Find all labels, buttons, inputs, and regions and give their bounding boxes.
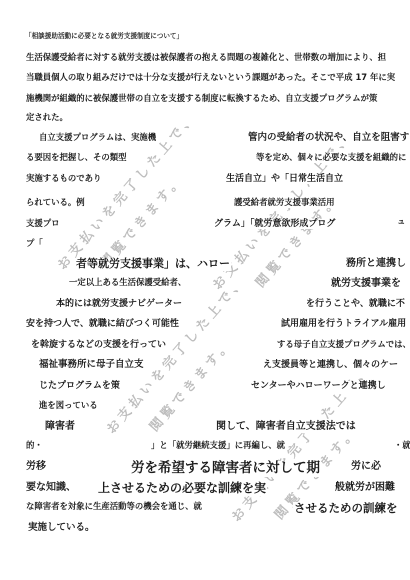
text-fragment: 等を定め、個々に必要な支援を組織的に xyxy=(255,153,407,163)
page: { "page": { "background_color": "#ffffff… xyxy=(0,0,410,580)
text-fragment: 福祉事務所に母子自立支 xyxy=(38,360,145,371)
text-fragment: 就労支援事業を xyxy=(330,278,402,290)
text-fragment: られている。例 xyxy=(25,198,86,208)
text-fragment: 障害者 xyxy=(44,421,76,433)
text-fragment: 生活自立」や「日常生活自立 xyxy=(225,174,344,184)
text-fragment: な障害者を対象に生産活動等の機会を通じ、就 xyxy=(25,502,203,512)
text-fragment: 労移 xyxy=(25,461,47,473)
text-fragment: 管内の受給者の状況や、自立を阻害す xyxy=(247,133,410,144)
text-fragment: 労に必 xyxy=(350,461,382,473)
text-fragment: じたプログラムを策 xyxy=(38,381,121,391)
text-fragment: 者等就労支援事業」は、ハロー xyxy=(75,258,231,271)
text-fragment: 護受給者就労支援事業活用 xyxy=(233,198,336,208)
text-fragment: る要因を把握し、その類型 xyxy=(25,153,128,163)
text-fragment: 要な知識、 xyxy=(25,482,77,494)
text-fragment: 的・ xyxy=(25,441,44,451)
text-fragment: 般就労が困難 xyxy=(334,482,396,494)
text-fragment: 進を図っている xyxy=(38,401,99,411)
text-fragment: 定された。 xyxy=(25,113,69,123)
text-fragment: 施機関が組織的に被保護世帯の自立を支援する制度に転換するため、自立支援プログラム… xyxy=(25,94,378,104)
text-fragment: 実施している。 xyxy=(27,523,96,534)
text-fragment: 試用雇用を行うトライアル雇用 xyxy=(280,319,407,329)
text-fragment: 実施するものであり xyxy=(25,174,102,184)
text-fragment: 当職員個人の取り組みだけでは十分な支援が行えないという課題があった。そこで平成 … xyxy=(25,73,396,83)
text-fragment: させるための訓練を xyxy=(293,502,399,515)
document-page: お支払いを完了した上で、閲覧できます。お支払いを完了した上で、閲覧できます。お支… xyxy=(0,0,410,580)
text-fragment: 務所と連携し xyxy=(345,258,407,270)
text-fragment: 上させるための必要な訓練を実 xyxy=(97,482,267,496)
text-fragment: 」と「就労継続支援」に再編し、就 xyxy=(150,441,286,451)
text-fragment: 支援プロ xyxy=(25,219,61,229)
text-fragment: 生活保護受給者に対する就労支援は被保護者の抱える問題の複雑化と、世帯数の増加によ… xyxy=(25,53,387,63)
text-fragment: を斡旋するなどの支援を行ってい xyxy=(30,340,167,350)
text-layer: 「相談援助活動に必要となる就労支援制度について」 生活保護受給者に対する就労支援… xyxy=(0,0,410,580)
text-fragment: 関して、障害者自立支援法では xyxy=(215,421,357,433)
text-fragment: ュ xyxy=(396,217,406,227)
text-fragment: 自立支援プログラムは、実施機 xyxy=(38,133,157,143)
text-fragment: ・就 xyxy=(393,441,410,451)
text-fragment: を行うことや、就職に不 xyxy=(305,299,406,309)
text-fragment: え支援員等と連携し、個々のケー xyxy=(262,360,399,370)
text-fragment: 一定以上ある生活保護受給者、 xyxy=(68,278,187,288)
text-fragment: プ「 xyxy=(25,239,44,249)
text-fragment: 本的には就労支援ナビゲーター xyxy=(55,299,183,309)
document-title: 「相談援助活動に必要となる就労支援制度について」 xyxy=(25,33,183,41)
text-fragment: 労を希望する障害者に対して期 xyxy=(130,461,321,477)
text-fragment: 安を持つ人で、就職に結びつく可能性 xyxy=(25,319,180,329)
text-fragment: センターやハローワークと連携し xyxy=(250,381,387,391)
text-fragment: グラム」「就労意欲形成プログ xyxy=(213,219,336,229)
text-fragment: する母子自立支援プログラムでは、 xyxy=(276,340,410,350)
